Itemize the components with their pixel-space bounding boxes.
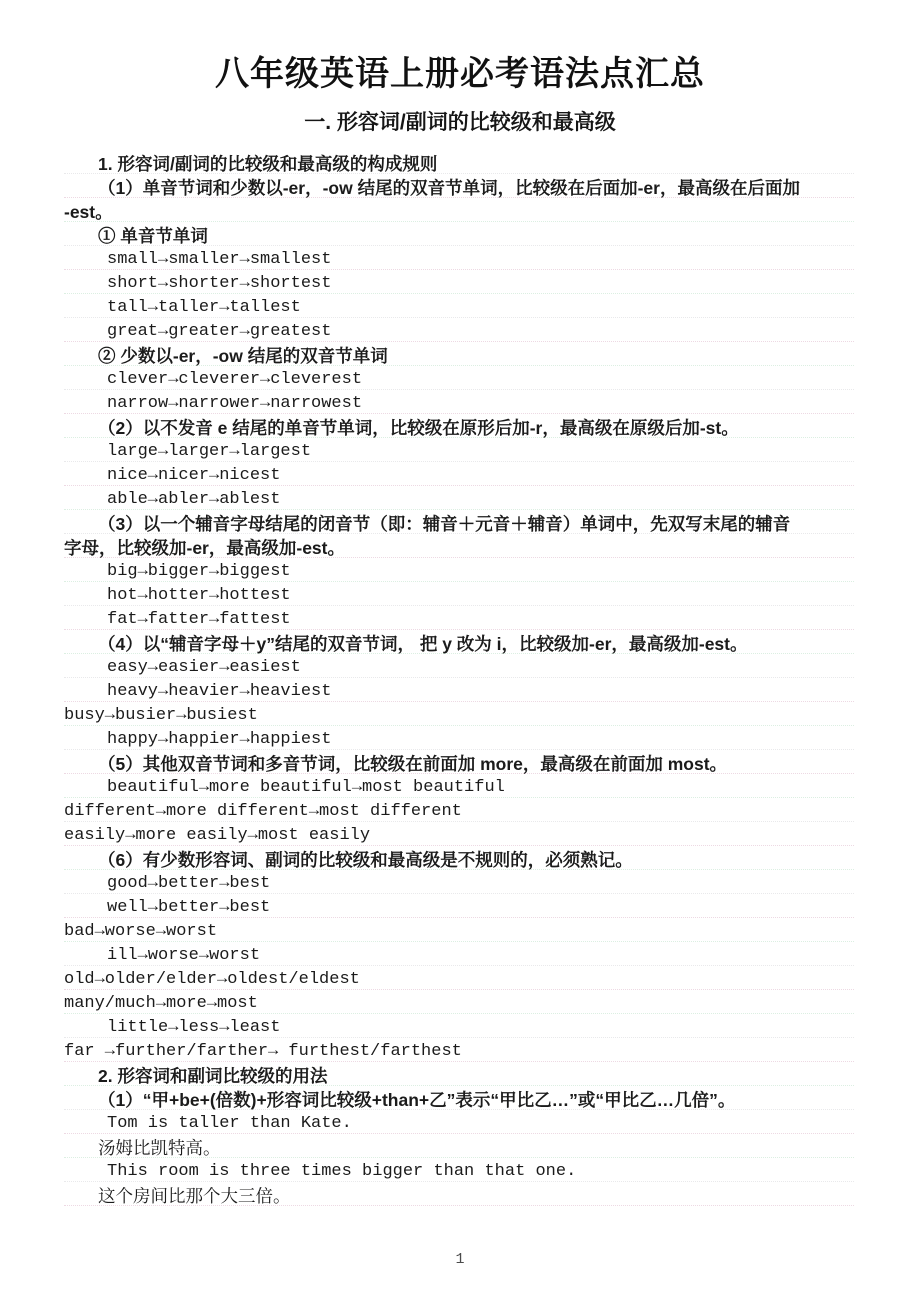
section-heading: 一. 形容词/副词的比较级和最高级 (0, 110, 920, 136)
doc-line: good→better→best (64, 872, 856, 896)
doc-line: Tom is taller than Kate. (64, 1112, 856, 1136)
doc-line: -est。 (64, 200, 856, 224)
doc-line: （5）其他双音节词和多音节词，比较级在前面加 more，最高级在前面加 most… (64, 752, 856, 776)
doc-line: （4）以“辅音字母＋y”结尾的双音节词， 把 y 改为 i，比较级加-er，最高… (64, 632, 856, 656)
doc-line: easy→easier→easiest (64, 656, 856, 680)
doc-line: heavy→heavier→heaviest (64, 680, 856, 704)
doc-line: 字母，比较级加-er，最高级加-est。 (64, 536, 856, 560)
doc-line: 这个房间比那个大三倍。 (64, 1184, 856, 1208)
document-page: 八年级英语上册必考语法点汇总 一. 形容词/副词的比较级和最高级 1. 形容词/… (0, 0, 920, 1302)
doc-line: beautiful→more beautiful→most beautiful (64, 776, 856, 800)
doc-line: 1. 形容词/副词的比较级和最高级的构成规则 (64, 152, 856, 176)
doc-line: nice→nicer→nicest (64, 464, 856, 488)
doc-line: busy→busier→busiest (64, 704, 856, 728)
doc-line: short→shorter→shortest (64, 272, 856, 296)
doc-line: hot→hotter→hottest (64, 584, 856, 608)
doc-line: （1）单音节词和少数以-er，-ow 结尾的双音节单词，比较级在后面加-er，最… (64, 176, 856, 200)
doc-line: well→better→best (64, 896, 856, 920)
doc-line: fat→fatter→fattest (64, 608, 856, 632)
doc-line: 2. 形容词和副词比较级的用法 (64, 1064, 856, 1088)
doc-line: ① 单音节单词 (64, 224, 856, 248)
doc-line: little→less→least (64, 1016, 856, 1040)
doc-line: large→larger→largest (64, 440, 856, 464)
doc-line: ② 少数以-er，-ow 结尾的双音节单词 (64, 344, 856, 368)
doc-line: great→greater→greatest (64, 320, 856, 344)
doc-line: far →further/farther→ furthest/farthest (64, 1040, 856, 1064)
doc-line: This room is three times bigger than tha… (64, 1160, 856, 1184)
doc-line: clever→cleverer→cleverest (64, 368, 856, 392)
doc-line: narrow→narrower→narrowest (64, 392, 856, 416)
doc-line: easily→more easily→most easily (64, 824, 856, 848)
doc-line: able→abler→ablest (64, 488, 856, 512)
doc-line: happy→happier→happiest (64, 728, 856, 752)
page-title: 八年级英语上册必考语法点汇总 (0, 54, 920, 94)
doc-line: big→bigger→biggest (64, 560, 856, 584)
doc-line: small→smaller→smallest (64, 248, 856, 272)
doc-line: bad→worse→worst (64, 920, 856, 944)
doc-line: many/much→more→most (64, 992, 856, 1016)
doc-line: （2）以不发音 e 结尾的单音节单词，比较级在原形后加-r，最高级在原级后加-s… (64, 416, 856, 440)
doc-line: tall→taller→tallest (64, 296, 856, 320)
doc-line: （1）“甲+be+(倍数)+形容词比较级+than+乙”表示“甲比乙…”或“甲比… (64, 1088, 856, 1112)
doc-line: （3）以一个辅音字母结尾的闭音节（即：辅音＋元音＋辅音）单词中，先双写末尾的辅音 (64, 512, 856, 536)
doc-line: （6）有少数形容词、副词的比较级和最高级是不规则的，必须熟记。 (64, 848, 856, 872)
document-body: 1. 形容词/副词的比较级和最高级的构成规则（1）单音节词和少数以-er，-ow… (64, 152, 856, 1208)
doc-line: 汤姆比凯特高。 (64, 1136, 856, 1160)
doc-line: different→more different→most different (64, 800, 856, 824)
doc-line: ill→worse→worst (64, 944, 856, 968)
doc-line: old→older/elder→oldest/eldest (64, 968, 856, 992)
page-number: 1 (0, 1251, 920, 1268)
